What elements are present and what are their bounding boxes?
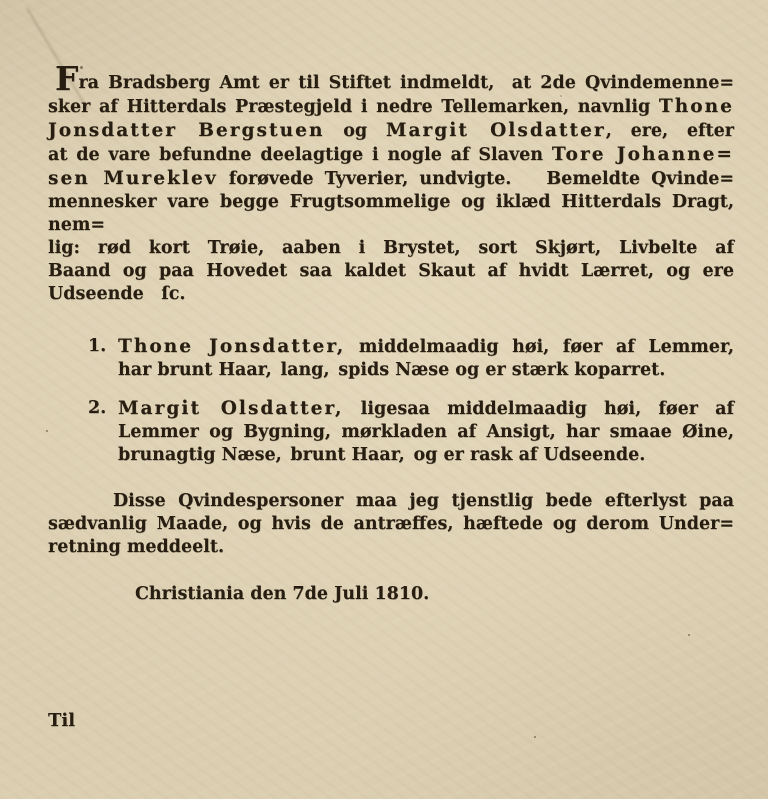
text-segment: forøvede Tyverier, undvigte. Bemeldte Qv…: [218, 169, 734, 189]
text-blocks: Fra Bradsberg Amt er til Stiftet indmeld…: [48, 72, 734, 559]
text-segment: Baand og paa Hovedet saa kaldet Skaut af…: [48, 261, 734, 281]
text-segment: mennesker vare begge Frugtsommelige og i…: [48, 192, 734, 235]
text-segment: retning meddeelt.: [48, 537, 224, 557]
text-line: Margit Olsdatter, ligesaa middelmaadig h…: [118, 397, 734, 421]
text-line: Udseende ſc.: [48, 283, 734, 306]
text-line: sker af Hitterdals Præstegjeld i nedre T…: [48, 95, 734, 119]
paper-speck: [80, 66, 83, 69]
person-name-emphasis: Margit Olsdatter: [386, 120, 606, 141]
paper-speck: [688, 634, 690, 636]
drop-initial: F: [55, 59, 78, 98]
list-item-number: 1.: [88, 335, 118, 382]
text-line: lig: rød kort Trøie, aaben i Brystet, so…: [48, 237, 734, 260]
list-item-number: 2.: [88, 397, 118, 467]
text-segment: Disse Qvindespersoner maa jeg tjenstlig …: [113, 491, 734, 511]
person-name-emphasis: Margit Olsdatter,: [118, 398, 343, 419]
text-line: sædvanlig Maade, og hvis de antræffes, h…: [48, 513, 734, 536]
person-name-emphasis: Thone Jonsdatter,: [118, 336, 345, 357]
list-item-body: Thone Jonsdatter, middelmaadig høi, føer…: [118, 335, 734, 382]
document-page: Fra Bradsberg Amt er til Stiftet indmeld…: [0, 0, 768, 799]
text-line: Disse Qvindespersoner maa jeg tjenstlig …: [48, 490, 734, 513]
paper-speck: [534, 736, 536, 738]
text-segment: Lemmer og Bygning, mørkladen af Ansigt, …: [118, 422, 734, 442]
text-line: Lemmer og Bygning, mørkladen af Ansigt, …: [118, 421, 734, 444]
text-area: Fra Bradsberg Amt er til Stiftet indmeld…: [48, 72, 734, 606]
person-item-1: 1.Thone Jonsdatter, middelmaadig høi, fø…: [48, 335, 734, 382]
text-segment: har brunt Haar, lang, spids Næse og er s…: [118, 360, 665, 380]
catchword: Til: [48, 709, 75, 732]
text-segment: Udseende ſc.: [48, 284, 186, 304]
text-segment: ligesaa middelmaadig høi, føer af: [343, 399, 734, 419]
text-segment: ra Bradsberg Amt er til Stiftet indmeldt…: [78, 73, 734, 93]
text-segment: , ere, efter: [606, 121, 734, 141]
text-line: Baand og paa Hovedet saa kaldet Skaut af…: [48, 260, 734, 283]
text-segment: sker af Hitterdals Præstegjeld i nedre T…: [48, 97, 659, 117]
text-segment: sædvanlig Maade, og hvis de antræffes, h…: [48, 514, 734, 534]
text-segment: og: [325, 121, 386, 141]
person-name-emphasis: Thone: [659, 96, 734, 117]
person-name-emphasis: Jonsdatter Bergstuen: [48, 120, 325, 141]
closing-paragraph: Disse Qvindespersoner maa jeg tjenstlig …: [48, 490, 734, 559]
text-line: har brunt Haar, lang, spids Næse og er s…: [118, 359, 734, 382]
text-line: sen Mureklev forøvede Tyverier, undvigte…: [48, 167, 734, 191]
intro-paragraph: Fra Bradsberg Amt er til Stiftet indmeld…: [48, 72, 734, 306]
text-segment: lig: rød kort Trøie, aaben i Brystet, so…: [48, 238, 734, 258]
text-segment: middelmaadig høi, føer af Lemmer,: [345, 337, 734, 357]
text-line: Fra Bradsberg Amt er til Stiftet indmeld…: [48, 72, 734, 95]
text-line: Jonsdatter Bergstuen og Margit Olsdatter…: [48, 119, 734, 143]
person-name-emphasis: Tore Johanne=: [552, 144, 734, 165]
text-line: Thone Jonsdatter, middelmaadig høi, føer…: [118, 335, 734, 359]
text-line: brunagtig Næse, brunt Haar, og er rask a…: [118, 444, 734, 467]
person-item-2: 2.Margit Olsdatter, ligesaa middelmaadig…: [48, 397, 734, 467]
list-item-body: Margit Olsdatter, ligesaa middelmaadig h…: [118, 397, 734, 467]
text-line: mennesker vare begge Frugtsommelige og i…: [48, 191, 734, 237]
person-name-emphasis: sen Mureklev: [48, 168, 218, 189]
text-segment: at de vare befundne deelagtige i nogle a…: [48, 145, 552, 165]
text-line: at de vare befundne deelagtige i nogle a…: [48, 143, 734, 167]
text-line: retning meddeelt.: [48, 536, 734, 559]
dateline: Christiania den 7de Juli 1810.: [48, 583, 734, 606]
text-segment: brunagtig Næse, brunt Haar, og er rask a…: [118, 445, 645, 465]
